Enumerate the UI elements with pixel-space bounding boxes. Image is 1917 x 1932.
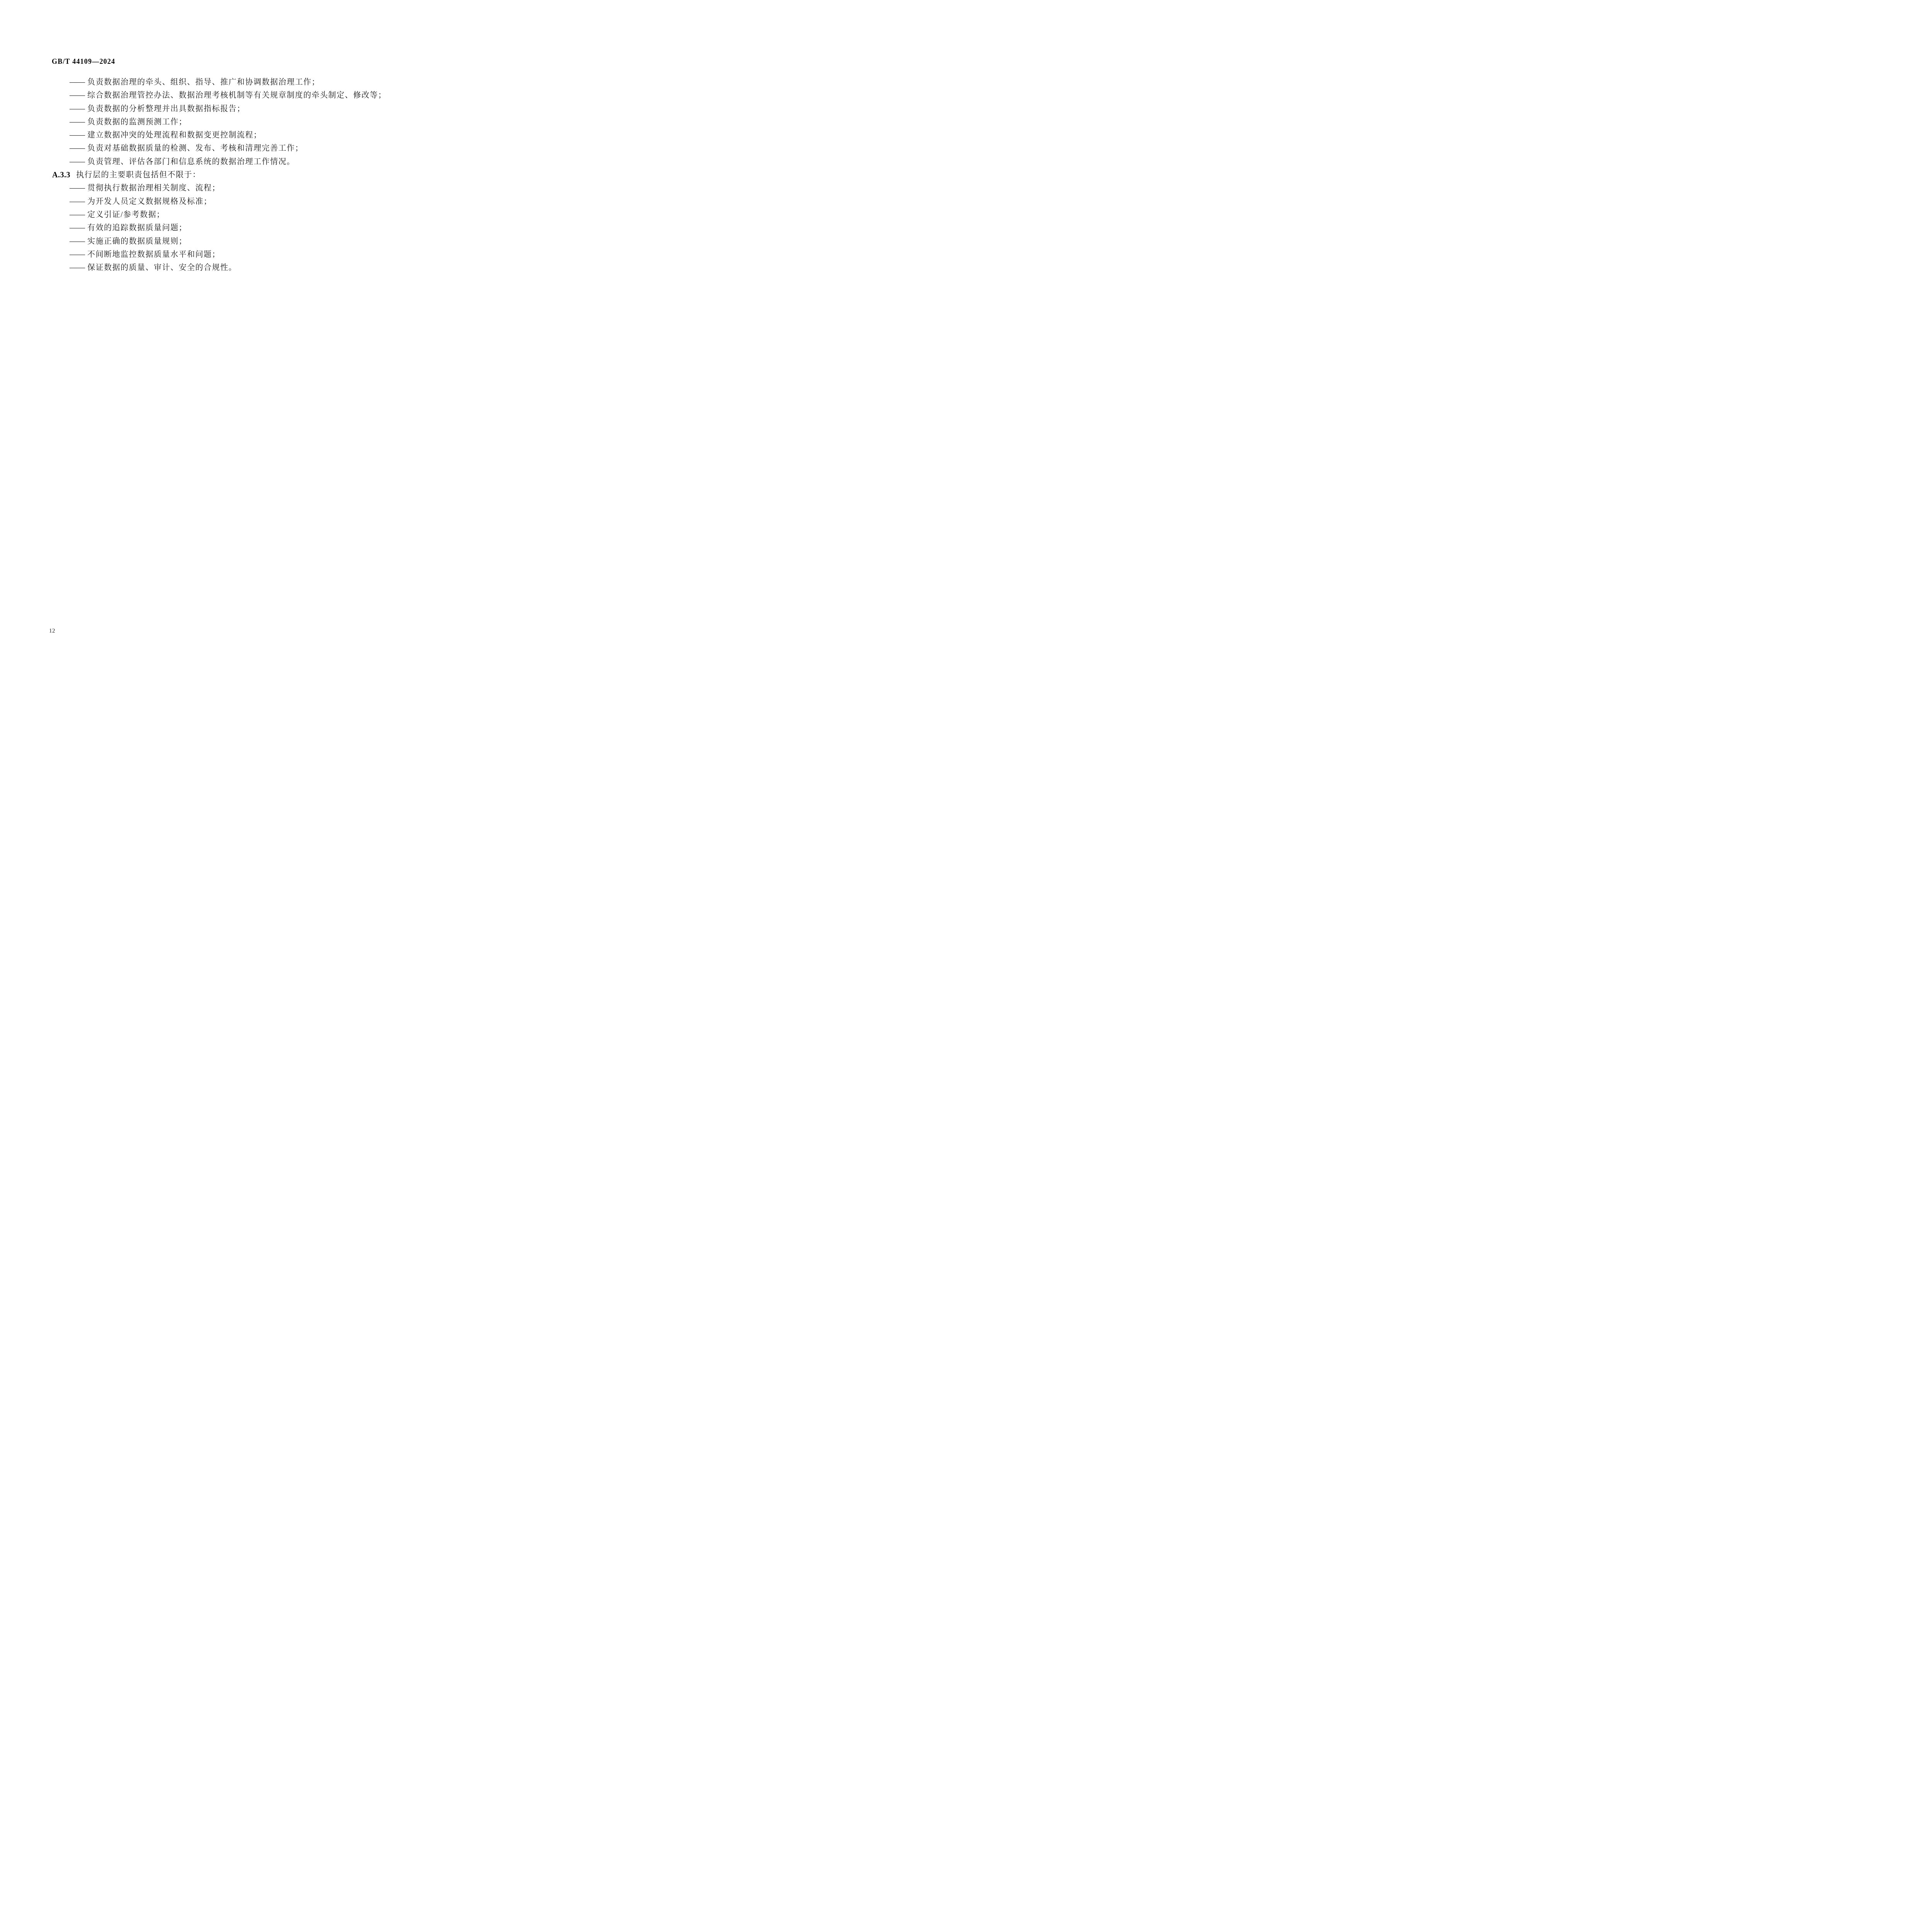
- list-item-text: 不间断地监控数据质量水平和问题；: [87, 250, 220, 259]
- list-dash: ——: [70, 102, 87, 116]
- list-dash: ——: [70, 195, 87, 208]
- document-page: GB/T 44109—2024 ——负责数据治理的牵头、组织、指导、推广和协调数…: [0, 0, 479, 678]
- list-dash: ——: [70, 248, 87, 261]
- list-item: ——为开发人员定义数据规格及标准；: [0, 195, 479, 208]
- list-item: ——贯彻执行数据治理相关制度、流程；: [0, 182, 479, 195]
- list-item: ——负责数据的分析整理并出具数据指标报告；: [0, 102, 479, 116]
- standard-number: GB/T 44109—2024: [52, 58, 115, 66]
- document-body: ——负责数据治理的牵头、组织、指导、推广和协调数据治理工作； ——综合数据治理管…: [0, 76, 479, 274]
- clause-number: A.3.3: [52, 171, 70, 179]
- list-item-text: 实施正确的数据质量规则；: [87, 237, 187, 246]
- list-dash: ——: [70, 208, 87, 221]
- clause-heading: A.3.3执行层的主要职责包括但不限于：: [0, 168, 479, 182]
- list-item: ——定义引证/参考数据；: [0, 208, 479, 221]
- list-item: ——负责对基础数据质量的检测、发布、考核和清理完善工作；: [0, 142, 479, 155]
- list-dash: ——: [70, 116, 87, 129]
- list-item: ——建立数据冲突的处理流程和数据变更控制流程；: [0, 129, 479, 142]
- list-item: ——不间断地监控数据质量水平和问题；: [0, 248, 479, 261]
- list-dash: ——: [70, 182, 87, 195]
- list-dash: ——: [70, 155, 87, 168]
- list-item-text: 保证数据的质量、审计、安全的合规性。: [87, 264, 237, 272]
- list-item-text: 负责数据的分析整理并出具数据指标报告；: [87, 105, 245, 113]
- list-dash: ——: [70, 89, 87, 102]
- list-item: ——有效的追踪数据质量问题；: [0, 221, 479, 235]
- list-item-text: 建立数据冲突的处理流程和数据变更控制流程；: [87, 131, 262, 139]
- list-item-text: 综合数据治理管控办法、数据治理考核机制等有关规章制度的牵头制定、修改等；: [87, 91, 386, 100]
- list-dash: ——: [70, 76, 87, 89]
- list-item-text: 定义引证/参考数据；: [87, 211, 165, 219]
- list-item: ——负责数据治理的牵头、组织、指导、推广和协调数据治理工作；: [0, 76, 479, 89]
- list-item: ——综合数据治理管控办法、数据治理考核机制等有关规章制度的牵头制定、修改等；: [0, 89, 479, 102]
- clause-heading-text: 执行层的主要职责包括但不限于：: [76, 171, 201, 179]
- list-item: ——保证数据的质量、审计、安全的合规性。: [0, 261, 479, 274]
- list-dash: ——: [70, 235, 87, 248]
- page-number: 12: [49, 628, 55, 634]
- list-item-text: 贯彻执行数据治理相关制度、流程；: [87, 184, 220, 192]
- list-item-text: 负责管理、评估各部门和信息系统的数据治理工作情况。: [87, 158, 295, 166]
- list-dash: ——: [70, 142, 87, 155]
- list-item: ——负责数据的监测预测工作；: [0, 116, 479, 129]
- list-dash: ——: [70, 221, 87, 235]
- list-item-text: 为开发人员定义数据规格及标准；: [87, 197, 212, 206]
- list-item-text: 负责数据的监测预测工作；: [87, 118, 187, 126]
- list-item: ——实施正确的数据质量规则；: [0, 235, 479, 248]
- list-item-text: 负责数据治理的牵头、组织、指导、推广和协调数据治理工作；: [87, 78, 320, 87]
- list-item: ——负责管理、评估各部门和信息系统的数据治理工作情况。: [0, 155, 479, 168]
- list-dash: ——: [70, 129, 87, 142]
- list-item-text: 负责对基础数据质量的检测、发布、考核和清理完善工作；: [87, 144, 303, 153]
- list-dash: ——: [70, 261, 87, 274]
- list-item-text: 有效的追踪数据质量问题；: [87, 224, 187, 232]
